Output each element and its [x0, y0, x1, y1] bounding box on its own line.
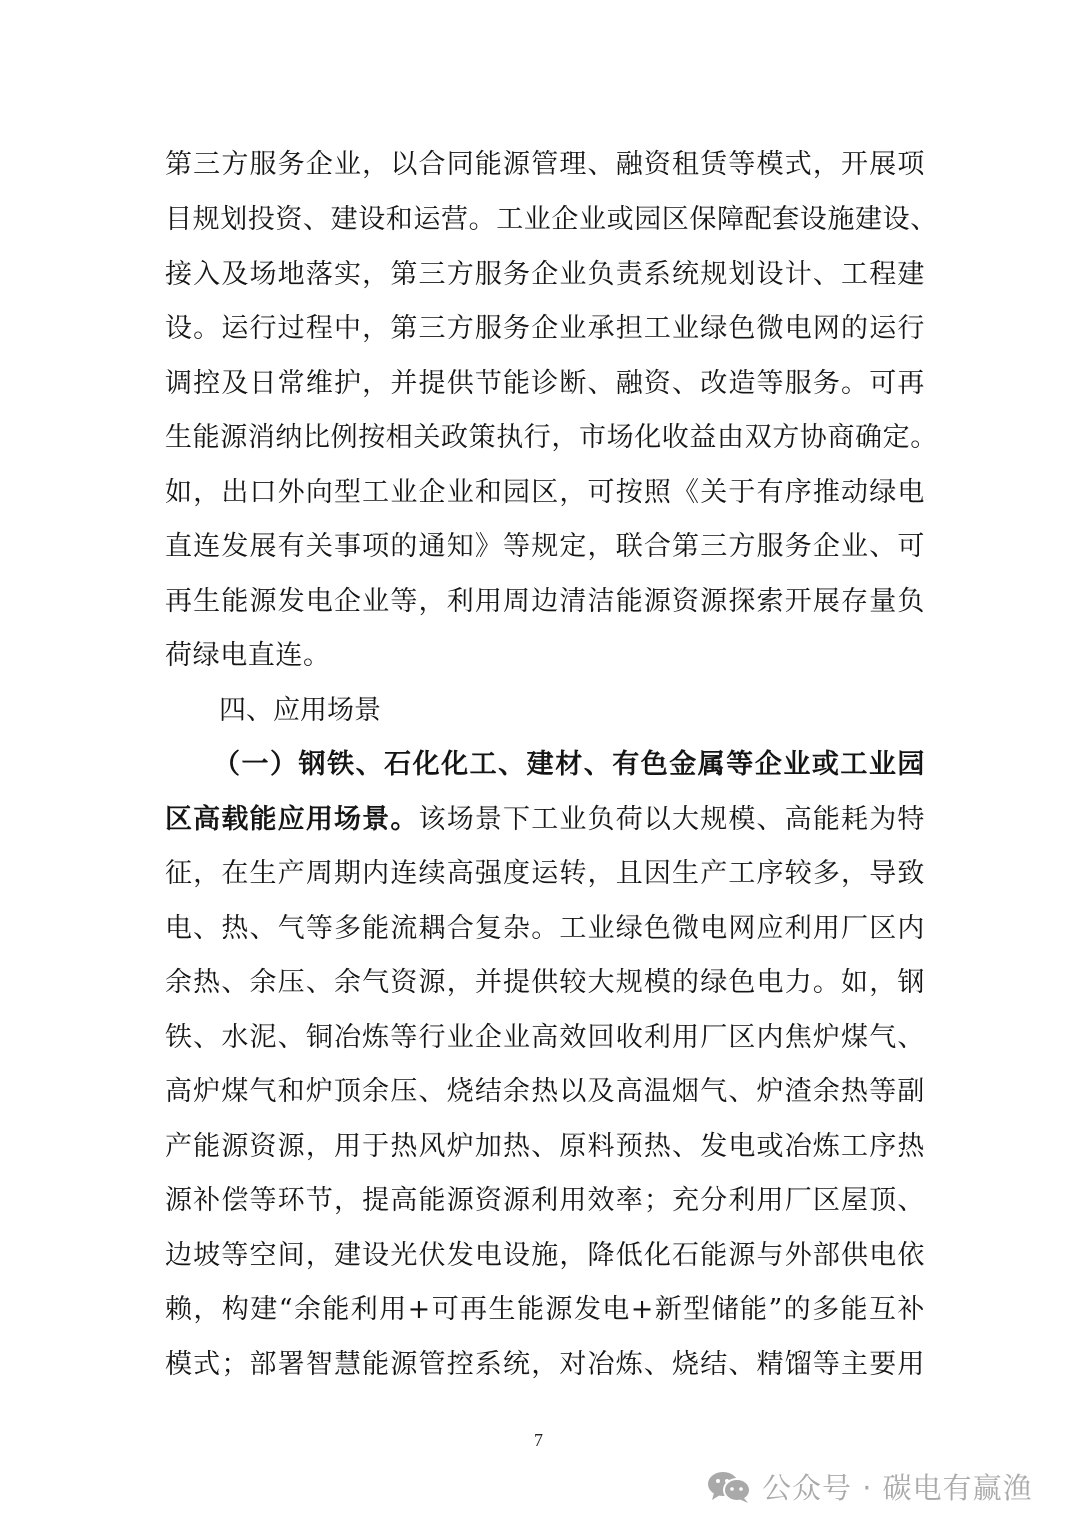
paragraph-line: 高炉煤气和炉顶余压、烧结余热以及高温烟气、炉渣余热等副 [165, 1075, 925, 1109]
paragraph-line: 模式；部署智慧能源管控系统，对冶炼、烧结、精馏等主要用 [165, 1348, 925, 1382]
paragraph-line: 产能源资源，用于热风炉加热、原料预热、发电或冶炼工序热 [165, 1130, 925, 1164]
paragraph-line: 接入及场地落实，第三方服务企业负责系统规划设计、工程建 [165, 258, 925, 292]
section-heading: 四、应用场景 [219, 694, 381, 728]
subsection-body-start: 该场景下工业负荷以大规模、高能耗为特 [419, 804, 925, 835]
paragraph-line: 再生能源发电企业等，利用周边清洁能源资源探索开展存量负 [165, 585, 925, 619]
paragraph-line: 铁、水泥、铜冶炼等行业企业高效回收利用厂区内焦炉煤气、 [165, 1021, 925, 1055]
page-number: 7 [534, 1430, 543, 1451]
paragraph-line: 如，出口外向型工业企业和园区，可按照《关于有序推动绿电 [165, 476, 925, 510]
paragraph-line: 调控及日常维护，并提供节能诊断、融资、改造等服务。可再 [165, 367, 925, 401]
paragraph-line: 目规划投资、建设和运营。工业企业或园区保障配套设施建设、 [165, 203, 925, 237]
paragraph-line: 电、热、气等多能流耦合复杂。工业绿色微电网应利用厂区内 [165, 912, 925, 946]
paragraph-line: 第三方服务企业，以合同能源管理、融资租赁等模式，开展项 [165, 148, 925, 182]
paragraph-line: 征，在生产周期内连续高强度运转，且因生产工序较多，导致 [165, 857, 925, 891]
subsection-title-end: 区高载能应用场景。 [165, 804, 419, 835]
paragraph-line: 生能源消纳比例按相关政策执行，市场化收益由双方协商确定。 [165, 421, 925, 455]
watermark-text: 公众号 · 碳电有赢渔 [762, 1466, 1033, 1507]
paragraph-line: 余热、余压、余气资源，并提供较大规模的绿色电力。如，钢 [165, 966, 925, 1000]
paragraph-line: 荷绿电直连。 [165, 639, 925, 673]
subsection-title-line-2: 区高载能应用场景。该场景下工业负荷以大规模、高能耗为特 [165, 803, 925, 837]
paragraph-line: 设。运行过程中，第三方服务企业承担工业绿色微电网的运行 [165, 312, 925, 346]
document-page: 第三方服务企业，以合同能源管理、融资租赁等模式，开展项 目规划投资、建设和运营。… [0, 0, 1080, 1527]
subsection-title-line-1: （一）钢铁、石化化工、建材、有色金属等企业或工业园 [213, 748, 925, 782]
watermark: 公众号 · 碳电有赢渔 [706, 1466, 1033, 1507]
wechat-icon [706, 1470, 754, 1504]
paragraph-line: 直连发展有关事项的通知》等规定，联合第三方服务企业、可 [165, 530, 925, 564]
paragraph-line: 源补偿等环节，提高能源资源利用效率；充分利用厂区屋顶、 [165, 1184, 925, 1218]
paragraph-line: 边坡等空间，建设光伏发电设施，降低化石能源与外部供电依 [165, 1239, 925, 1273]
paragraph-line: 赖，构建“余能利用+可再生能源发电+新型储能”的多能互补 [165, 1293, 925, 1327]
